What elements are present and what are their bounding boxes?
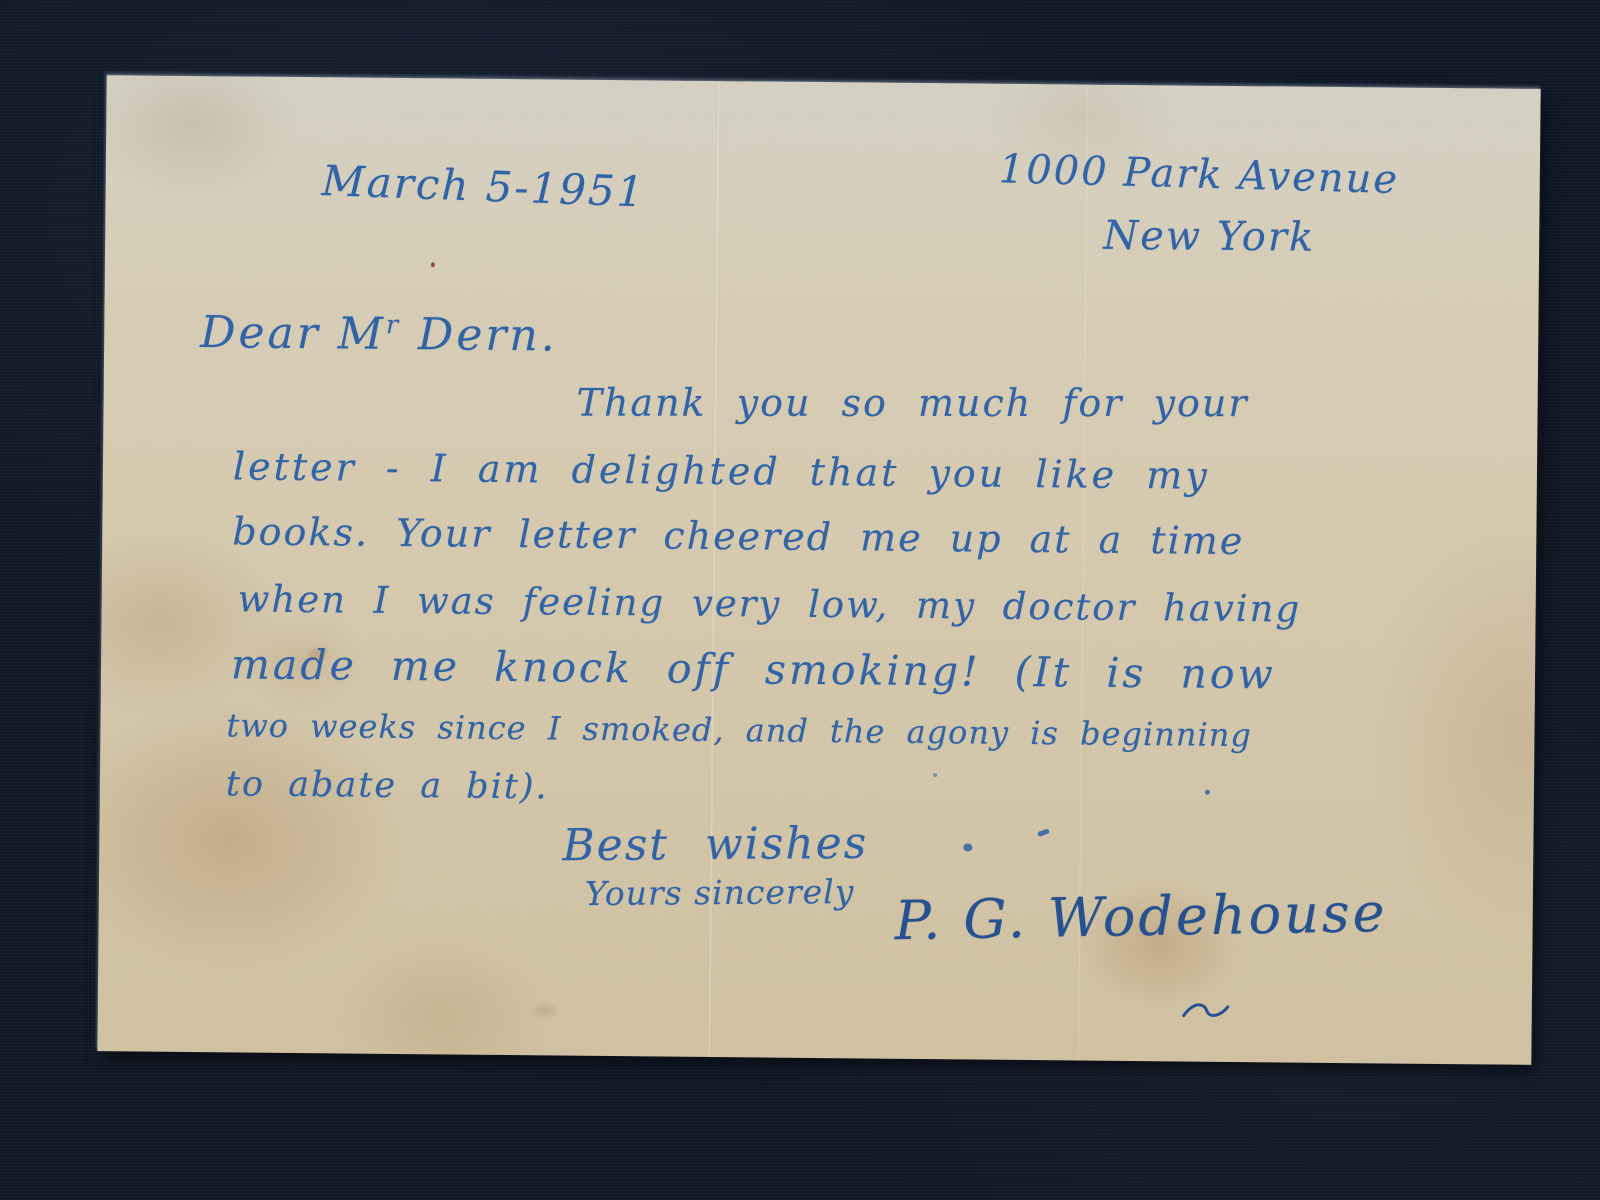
body-line: Thank you so much for your	[577, 381, 1249, 426]
ink-dot	[933, 773, 937, 777]
salutation-superscript: r	[386, 310, 401, 340]
salutation: Dear Mr Dern.	[200, 307, 558, 361]
closing-best-wishes: Best wishes	[562, 818, 868, 871]
signature-flourish-mark	[1180, 997, 1232, 1025]
letter-paper: March 5-1951 1000 Park Avenue New York D…	[97, 75, 1540, 1065]
ink-dot	[1037, 828, 1050, 837]
body-line: two weeks since I smoked, and the agony …	[226, 706, 1252, 754]
paper-speck	[431, 262, 435, 267]
paper-stain	[530, 1001, 560, 1019]
body-line: when I was feeling very low, my doctor h…	[237, 577, 1301, 630]
signature: P. G. Wodehouse	[894, 881, 1388, 952]
salutation-prefix: Dear M	[200, 307, 386, 360]
ink-dot	[1205, 790, 1210, 795]
body-line: books. Your letter cheered me up at a ti…	[232, 509, 1244, 563]
body-line: made me knock off smoking! (It is now	[231, 640, 1276, 698]
salutation-recipient: Dern.	[401, 309, 558, 362]
date-line: March 5-1951	[321, 156, 646, 217]
closing-yours-sincerely: Yours sincerely	[585, 872, 855, 913]
ink-dot	[963, 843, 972, 851]
letter-photo: March 5-1951 1000 Park Avenue New York D…	[0, 0, 1600, 1200]
sender-address-line-2: New York	[1103, 213, 1315, 261]
body-line: to abate a bit).	[226, 764, 549, 807]
body-line: letter - I am delighted that you like my	[233, 444, 1210, 497]
sender-address-line-1: 1000 Park Avenue	[998, 146, 1399, 203]
